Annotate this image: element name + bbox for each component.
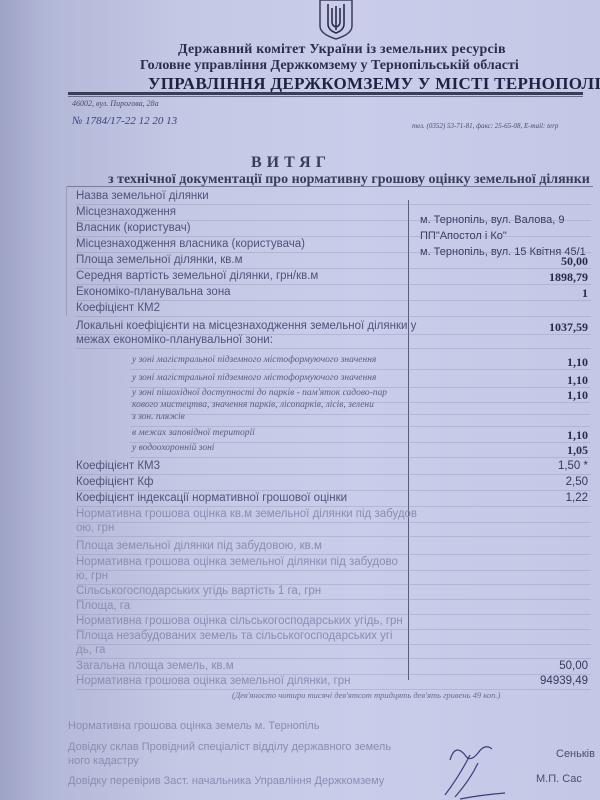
table-row-value: 1898,79 xyxy=(549,270,588,285)
table-row-label: Локальні коефіцієнти на місцезнаходження… xyxy=(76,320,416,332)
table-row-value: 2,50 xyxy=(566,476,588,488)
table-row-value: 1037,59 xyxy=(549,320,588,335)
table-row-label: Нормативна грошова оцінка кв.м земельної… xyxy=(76,508,417,520)
table-row-label: Власник (користувач) xyxy=(76,222,191,234)
table-row-value: 50,00 xyxy=(559,660,588,672)
table-row-label: Загальна площа земель, кв.м xyxy=(76,660,234,672)
document-page: Державний комітет України із земельних р… xyxy=(0,0,600,800)
table-row-label: межах економіко-планувальної зони: xyxy=(76,334,273,346)
table-row-divider xyxy=(76,570,591,571)
table-row-label: Середня вартість земельної ділянки, грн/… xyxy=(76,270,318,282)
table-row-value: 94939,49 xyxy=(540,675,588,687)
table-row-divider xyxy=(130,369,590,370)
coat-of-arms-icon xyxy=(318,0,354,40)
table-row-label: Площа земельної ділянки під забудовою, к… xyxy=(76,540,322,552)
table-row-divider xyxy=(76,474,591,475)
table-row-divider xyxy=(76,284,591,285)
table-row-divider xyxy=(76,236,591,237)
table-row-label: Коефіцієнт індексації нормативної грошов… xyxy=(76,492,347,504)
table-row-label: Площа незабудованих земель та сільського… xyxy=(76,630,393,642)
signer-2: М.П. Сас xyxy=(536,773,582,785)
table-row-divider xyxy=(76,490,591,491)
footer-line-1: Нормативна грошова оцінка земель м. Терн… xyxy=(68,720,319,732)
table-row-label: у зоні пішохідної доступності до парків … xyxy=(132,388,387,398)
table-row-divider xyxy=(76,252,591,253)
table-row-label: Коефіцієнт КМ2 xyxy=(76,302,160,314)
signature-icon xyxy=(430,735,520,800)
table-column-divider xyxy=(408,200,409,680)
table-row-label: з зон. пляжів xyxy=(132,412,185,422)
table-row-label: Нормативна грошова оцінка сільськогоспод… xyxy=(76,615,403,627)
table-row-value: 1,05 xyxy=(567,443,588,458)
header-divider xyxy=(68,92,583,95)
table-row-divider xyxy=(130,457,590,458)
table-row-label: Нормативна грошова оцінка земельної діля… xyxy=(76,675,350,687)
table-top-border xyxy=(66,186,593,187)
header-contacts: тел. (0352) 53-71-81, факс: 25-65-08, E-… xyxy=(412,122,558,130)
table-row-label: ою, грн xyxy=(76,522,114,534)
signer-1: Сеньків xyxy=(556,748,595,760)
table-row-label: Місцезнаходження xyxy=(76,206,176,218)
table-row-value: 1,10 xyxy=(567,355,588,370)
table-row-label: у водоохоронній зоні xyxy=(132,443,214,453)
table-row-label: в межах заповідної території xyxy=(132,428,255,438)
document-title: ВИТЯГ xyxy=(251,154,331,172)
table-row-label: Назва земельної ділянки xyxy=(76,190,209,202)
registration-number: № 1784/17-22 12 20 13 xyxy=(72,115,177,127)
header-address: 46002, вул. Пирогова, 28а xyxy=(72,99,159,108)
table-left-border xyxy=(66,186,67,316)
footer-line-3: Довідку перевірив Заст. начальника Управ… xyxy=(68,775,384,787)
table-row-label: ю, грн xyxy=(76,570,108,582)
table-row-divider xyxy=(76,554,591,555)
header-divider-thin xyxy=(68,96,583,97)
table-row-divider xyxy=(76,204,591,205)
table-row-value: 1 xyxy=(582,286,588,301)
table-row-value: 50,00 xyxy=(561,254,588,269)
table-row-label: Коефіцієнт Кф xyxy=(76,476,154,488)
table-row-divider xyxy=(76,506,591,507)
table-row-label: у зоні магістральної підземного містофор… xyxy=(132,355,376,365)
header-main-department: Головне управління Держкомзему у Тернопі… xyxy=(140,58,519,74)
table-row-value: 1,22 xyxy=(566,492,588,504)
table-row-value: 1,10 xyxy=(567,428,588,443)
footer-line-2: Довідку склав Провідний спеціаліст відді… xyxy=(68,741,391,753)
table-row-label: дь, га xyxy=(76,644,105,656)
table-row-divider xyxy=(76,536,591,537)
table-row-divider xyxy=(76,268,591,269)
table-row-divider xyxy=(76,644,591,645)
footer-line-2b: ного кадастру xyxy=(68,755,139,767)
table-row-label: у зоні магістральної підземного містофор… xyxy=(132,373,376,383)
table-row-value: 1,50 * xyxy=(558,460,588,472)
table-row-divider xyxy=(76,658,591,659)
table-row-divider xyxy=(76,316,591,317)
table-row-divider xyxy=(76,300,591,301)
table-row-label: Місцезнаходження власника (користувача) xyxy=(76,238,305,250)
table-row-label: Сільськогосподарських угідь вартість 1 г… xyxy=(76,585,321,597)
table-row-label: кового мистецтва, значення парків, лісоп… xyxy=(132,400,374,410)
table-row-divider xyxy=(76,348,591,349)
table-row-divider xyxy=(76,220,591,221)
table-row-label: Площа, га xyxy=(76,600,130,612)
table-row-value: 1,10 xyxy=(567,388,588,403)
table-row-label: Площа земельної ділянки, кв.м xyxy=(76,254,243,266)
table-row-label: Коефіцієнт КМ3 xyxy=(76,460,160,472)
table-row-value: 1,10 xyxy=(567,373,588,388)
table-row-divider xyxy=(76,522,591,523)
amount-in-words: (Дев'яносто чотири тисячі дев'ятсот трид… xyxy=(232,690,500,700)
header-department: УПРАВЛІННЯ ДЕРЖКОМЗЕМУ У МІСТІ ТЕРНОПОЛІ xyxy=(148,74,600,94)
table-row-divider xyxy=(130,414,590,415)
table-row-label: Нормативна грошова оцінка земельної діля… xyxy=(76,556,398,568)
table-row-label: Економіко-планувальна зона xyxy=(76,286,231,298)
header-committee: Державний комітет України із земельних р… xyxy=(178,42,506,58)
table-row-divider xyxy=(76,599,591,600)
table-row-divider xyxy=(130,426,590,427)
